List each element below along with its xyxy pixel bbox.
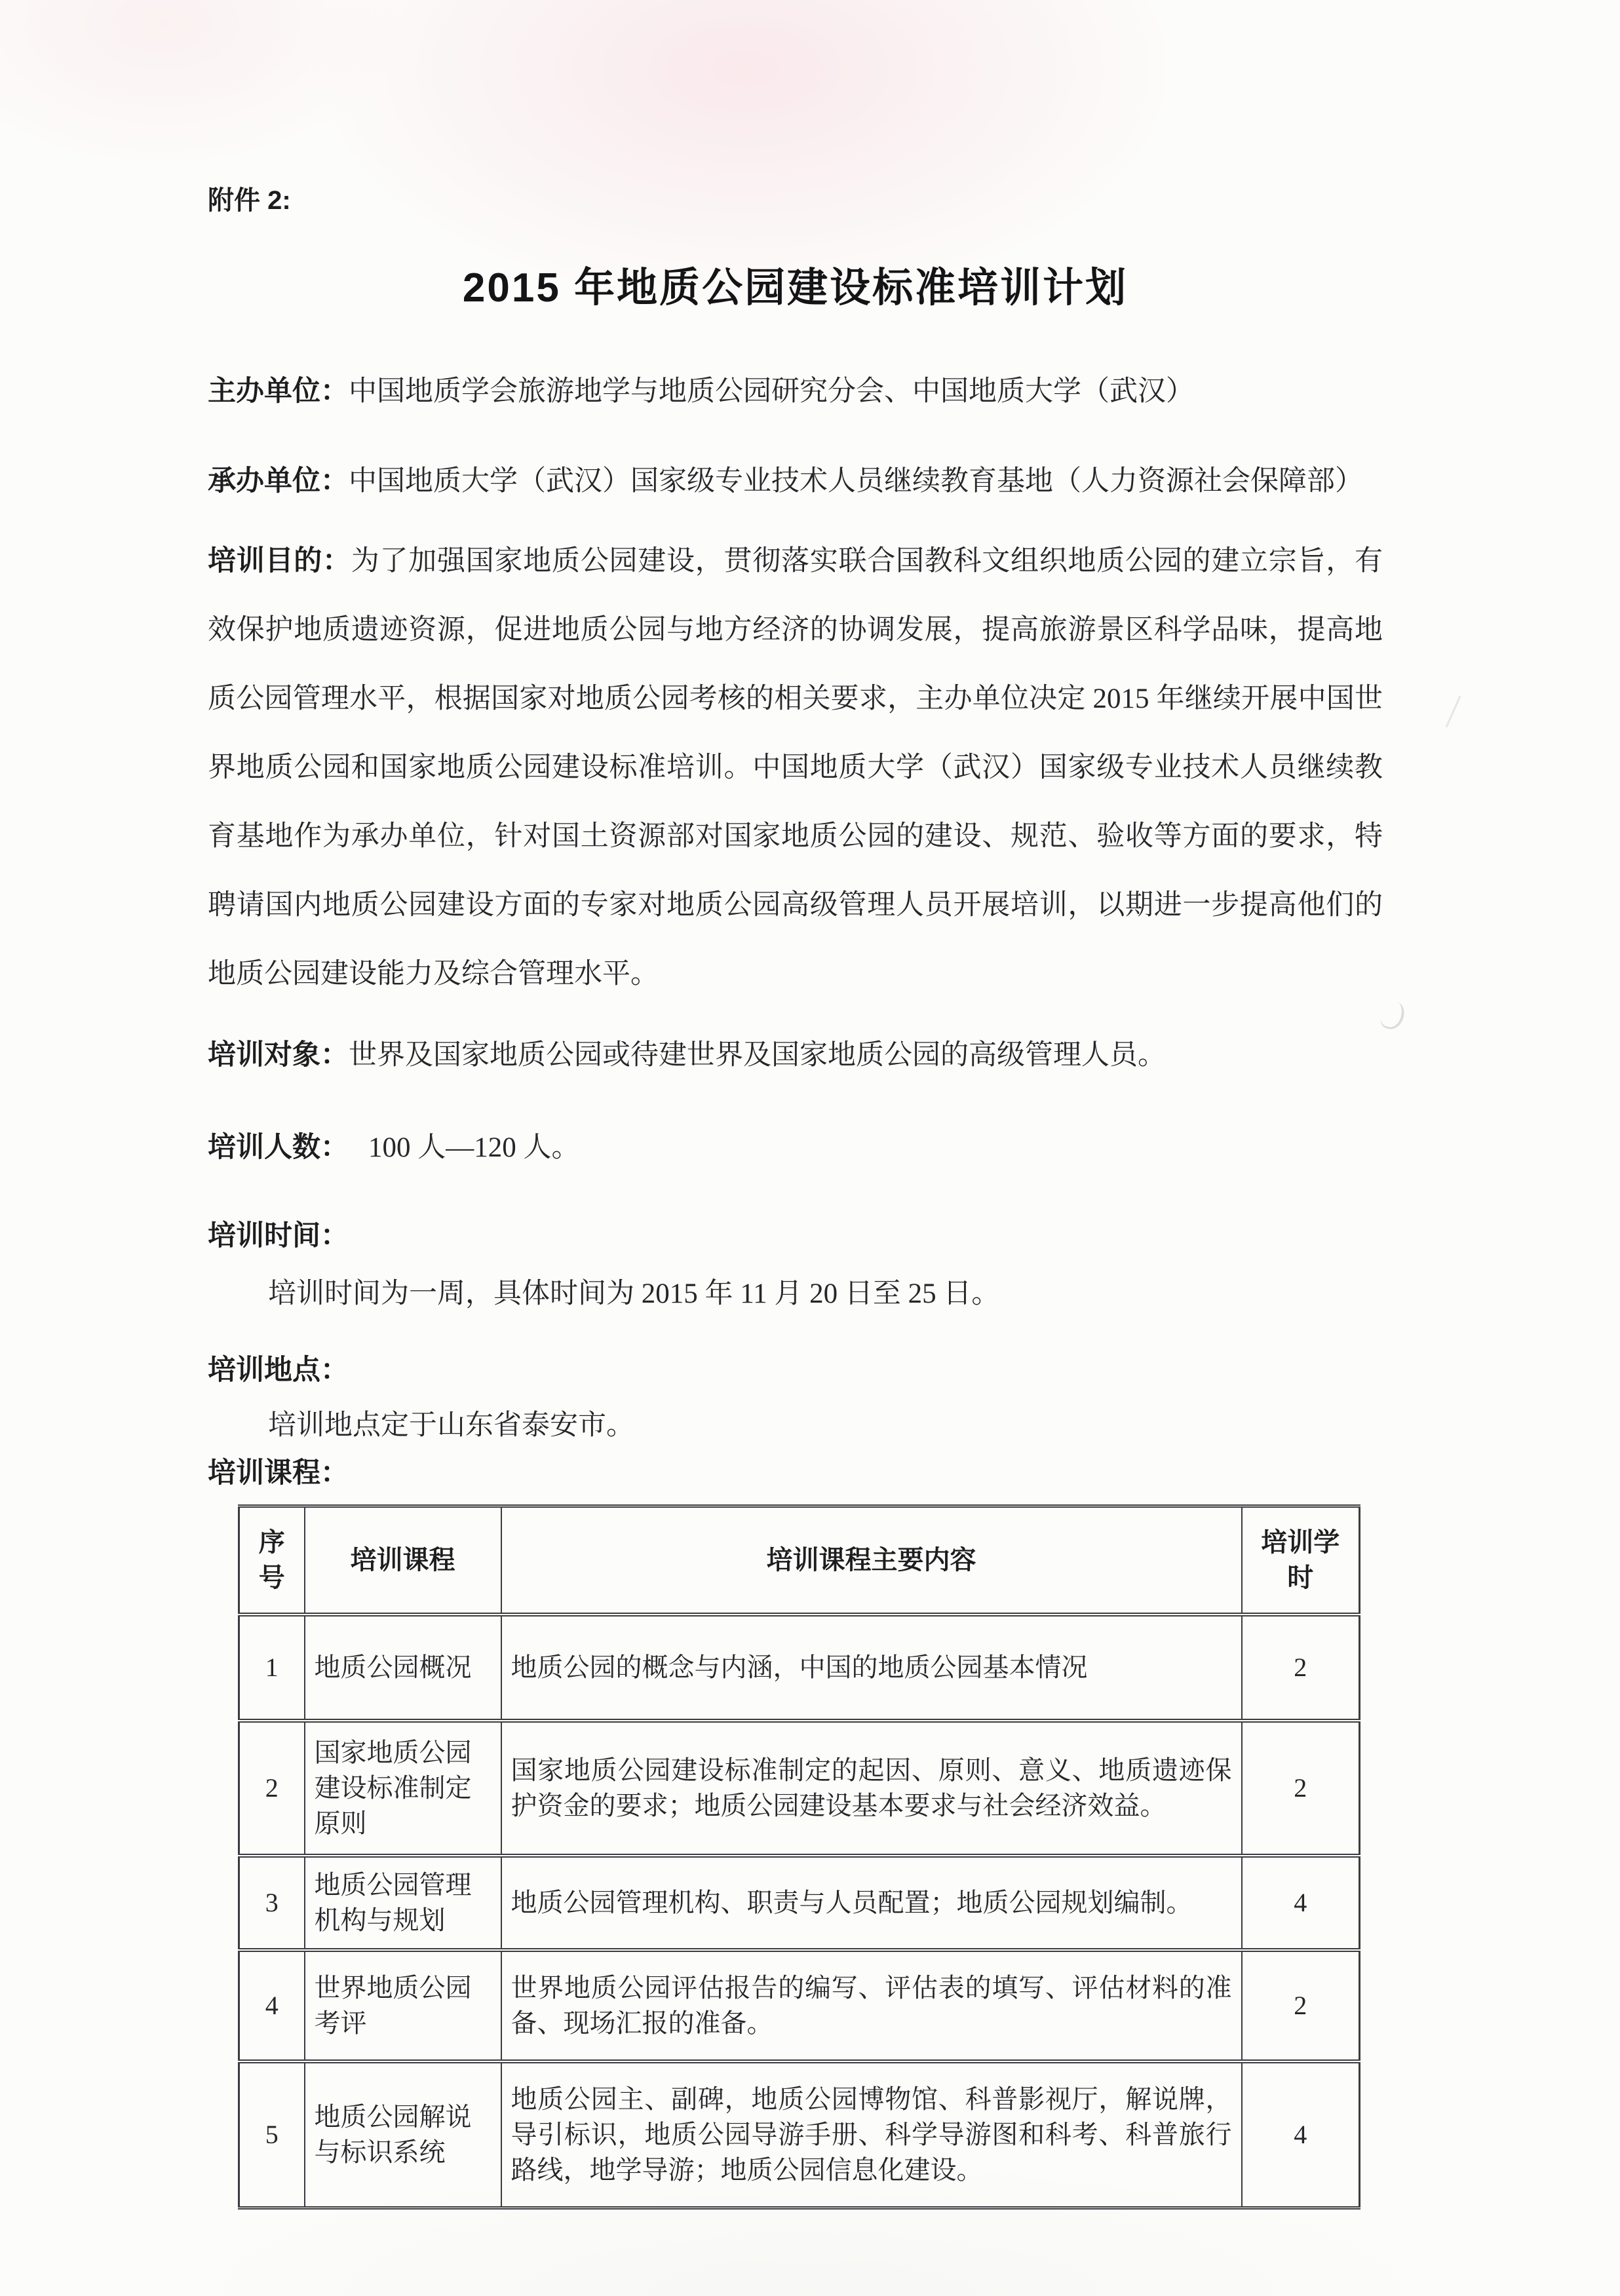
row-hours: 4 — [1242, 2061, 1360, 2208]
table-row: 2 国家地质公园建设标准制定原则 国家地质公园建设标准制定的起因、原则、意义、地… — [239, 1721, 1360, 1856]
row-no: 3 — [239, 1856, 305, 1950]
purpose-paragraph: 培训目的：为了加强国家地质公园建设，贯彻落实联合国教科文组织地质公园的建立宗旨，… — [208, 527, 1383, 1008]
undertaker-value: 中国地质大学（武汉）国家级专业技术人员继续教育基地（人力资源社会保障部） — [349, 466, 1363, 497]
purpose-text: 为了加强国家地质公园建设，贯彻落实联合国教科文组织地质公园的建立宗旨，有效保护地… — [208, 546, 1383, 989]
organizer-line: 主办单位：中国地质学会旅游地学与地质公园研究分会、中国地质大学（武汉） — [208, 371, 1383, 412]
purpose-label: 培训目的： — [208, 545, 351, 577]
row-content: 地质公园的概念与内涵，中国的地质公园基本情况 — [501, 1615, 1242, 1721]
row-hours: 2 — [1242, 1615, 1360, 1721]
location-section-label: 培训地点： — [208, 1350, 1383, 1391]
row-no: 5 — [239, 2061, 305, 2208]
document-page: 附件 2: 2015 年地质公园建设标准培训计划 主办单位：中国地质学会旅游地学… — [0, 0, 1620, 2296]
time-section-label: 培训时间： — [208, 1215, 1383, 1257]
header-hours: 培训学时 — [1242, 1506, 1360, 1615]
table-header-row: 序号 培训课程 培训课程主要内容 培训学时 — [239, 1506, 1360, 1615]
row-course: 地质公园管理机构与规划 — [305, 1856, 501, 1950]
row-content: 世界地质公园评估报告的编写、评估表的填写、评估材料的准备、现场汇报的准备。 — [501, 1950, 1242, 2061]
document-content: 附件 2: 2015 年地质公园建设标准培训计划 主办单位：中国地质学会旅游地学… — [0, 0, 1620, 2210]
audience-value: 世界及国家地质公园或待建世界及国家地质公园的高级管理人员。 — [349, 1040, 1166, 1071]
headcount-value: 100 人—120 人。 — [368, 1132, 580, 1163]
row-no: 4 — [239, 1950, 305, 2061]
location-detail: 培训地点定于山东省泰安市。 — [208, 1406, 1383, 1446]
row-course: 地质公园解说与标识系统 — [305, 2061, 501, 2208]
row-hours: 4 — [1242, 1856, 1360, 1950]
courses-table: 序号 培训课程 培训课程主要内容 培训学时 1 地质公园概况 地质公园的概念与内… — [238, 1504, 1360, 2210]
table-row: 4 世界地质公园考评 世界地质公园评估报告的编写、评估表的填写、评估材料的准备、… — [239, 1950, 1360, 2061]
audience-label: 培训对象： — [208, 1039, 349, 1071]
undertaker-label: 承办单位： — [208, 465, 349, 497]
audience-line: 培训对象：世界及国家地质公园或待建世界及国家地质公园的高级管理人员。 — [208, 1035, 1383, 1076]
headcount-line: 培训人数：100 人—120 人。 — [208, 1127, 1383, 1168]
row-course: 世界地质公园考评 — [305, 1950, 501, 2061]
row-hours: 2 — [1242, 1721, 1360, 1856]
row-course: 国家地质公园建设标准制定原则 — [305, 1721, 501, 1856]
row-content: 地质公园管理机构、职责与人员配置；地质公园规划编制。 — [501, 1856, 1242, 1950]
time-detail: 培训时间为一周，具体时间为 2015 年 11 月 20 日至 25 日。 — [208, 1274, 1383, 1314]
row-no: 2 — [239, 1721, 305, 1856]
row-hours: 2 — [1242, 1950, 1360, 2061]
header-no: 序号 — [239, 1506, 305, 1615]
header-course: 培训课程 — [305, 1506, 501, 1615]
row-course: 地质公园概况 — [305, 1615, 501, 1721]
row-content: 地质公园主、副碑，地质公园博物馆、科普影视厅，解说牌，导引标识，地质公园导游手册… — [501, 2061, 1242, 2208]
attachment-label: 附件 2: — [208, 0, 1383, 219]
headcount-label: 培训人数： — [208, 1132, 349, 1163]
row-no: 1 — [239, 1615, 305, 1721]
table-row: 5 地质公园解说与标识系统 地质公园主、副碑，地质公园博物馆、科普影视厅，解说牌… — [239, 2061, 1360, 2208]
table-row: 3 地质公园管理机构与规划 地质公园管理机构、职责与人员配置；地质公园规划编制。… — [239, 1856, 1360, 1950]
row-content: 国家地质公园建设标准制定的起因、原则、意义、地质遗迹保护资金的要求；地质公园建设… — [501, 1721, 1242, 1856]
organizer-label: 主办单位： — [208, 375, 349, 407]
courses-section-label: 培训课程： — [208, 1453, 1383, 1494]
undertaker-line: 承办单位：中国地质大学（武汉）国家级专业技术人员继续教育基地（人力资源社会保障部… — [208, 461, 1383, 502]
table-row: 1 地质公园概况 地质公园的概念与内涵，中国的地质公园基本情况 2 — [239, 1615, 1360, 1721]
organizer-value: 中国地质学会旅游地学与地质公园研究分会、中国地质大学（武汉） — [349, 376, 1194, 407]
header-content: 培训课程主要内容 — [501, 1506, 1242, 1615]
page-title: 2015 年地质公园建设标准培训计划 — [208, 261, 1383, 316]
